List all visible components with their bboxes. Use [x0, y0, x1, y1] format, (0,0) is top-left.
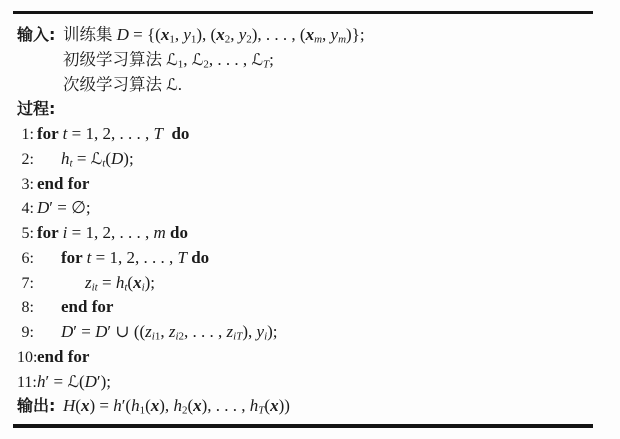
- math-segment: ℒ: [91, 149, 103, 168]
- math-segment: m: [338, 34, 346, 46]
- math-segment: ℒ: [166, 50, 178, 69]
- step-number: 5:: [17, 222, 34, 247]
- top-rule: [13, 11, 593, 14]
- math-segment: = 1, 2, . . . ,: [67, 223, 153, 242]
- math-segment: )): [279, 396, 290, 415]
- step-statement: D′ = ∅;: [37, 196, 91, 221]
- math-segment: z: [85, 273, 92, 292]
- step-statement: for t = 1, 2, . . . , T do: [37, 246, 209, 271]
- math-segment: h: [250, 396, 259, 415]
- math-segment: iT: [233, 331, 242, 343]
- math-segment: x: [193, 396, 202, 415]
- math-segment: y: [331, 25, 339, 44]
- math-segment: ;: [269, 50, 274, 69]
- algorithm-step: 5:for i = 1, 2, . . . , m do: [17, 221, 605, 246]
- output-label: 输出:: [17, 394, 63, 419]
- input-expression-meta-learner: 次级学习算法 ℒ.: [63, 73, 182, 98]
- math-segment: for: [61, 248, 87, 267]
- step-statement: end for: [37, 295, 113, 320]
- input-label: 输入:: [17, 23, 63, 48]
- math-segment: ′ ∪ ((: [107, 322, 145, 341]
- step-number: 8:: [17, 296, 34, 321]
- step-statement: end for: [37, 172, 89, 197]
- math-segment: )};: [346, 25, 365, 44]
- math-segment: ℒ: [251, 50, 263, 69]
- math-segment: , . . . ,: [184, 322, 227, 341]
- math-segment: = {(: [129, 25, 161, 44]
- math-segment: do: [191, 248, 209, 267]
- math-segment: x: [151, 396, 160, 415]
- math-segment: D: [95, 322, 107, 341]
- math-segment: 次级学习算法: [63, 75, 166, 94]
- math-segment: =: [98, 273, 116, 292]
- math-segment: D: [61, 322, 73, 341]
- math-segment: y: [257, 322, 265, 341]
- math-segment: h: [173, 396, 182, 415]
- math-segment: for: [37, 124, 63, 143]
- step-statement: end for: [37, 345, 89, 370]
- math-segment: x: [216, 25, 225, 44]
- math-segment: h: [131, 396, 140, 415]
- math-segment: ) =: [89, 396, 113, 415]
- math-segment: D: [117, 25, 129, 44]
- algorithm-step: 6:for t = 1, 2, . . . , T do: [17, 246, 605, 271]
- math-segment: ),: [242, 322, 256, 341]
- math-segment: y: [183, 25, 191, 44]
- math-segment: ), . . . ,: [202, 396, 250, 415]
- math-segment: .: [178, 75, 182, 94]
- math-segment: ,: [160, 322, 169, 341]
- output-expression: H(x) = h′(h1(x), h2(x), . . . , hT(x)): [63, 394, 290, 423]
- step-number: 9:: [17, 321, 34, 346]
- step-number: 1:: [17, 123, 34, 148]
- math-segment: for: [37, 223, 63, 242]
- math-segment: x: [133, 273, 142, 292]
- step-number: 10:: [17, 346, 34, 371]
- output-line: 输出: H(x) = h′(h1(x), h2(x), . . . , hT(x…: [17, 394, 605, 419]
- math-segment: ,: [183, 50, 192, 69]
- step-number: 3:: [17, 173, 34, 198]
- step-number: 4:: [17, 197, 34, 222]
- math-segment: 初级学习算法: [63, 50, 166, 69]
- math-segment: ,: [230, 25, 239, 44]
- step-statement: for i = 1, 2, . . . , m do: [37, 221, 188, 246]
- math-segment: ), . . . , (: [252, 25, 306, 44]
- math-segment: ℒ: [67, 372, 79, 391]
- math-segment: = 1, 2, . . . ,: [67, 124, 153, 143]
- math-segment: 训练集: [63, 25, 117, 44]
- math-segment: D: [111, 149, 123, 168]
- math-segment: m: [314, 34, 322, 46]
- math-segment: end for: [61, 297, 113, 316]
- math-segment: ′);: [97, 372, 111, 391]
- input-line: 输入: 训练集 D = {(x1, y1), (x2, y2), . . . ,…: [17, 23, 605, 48]
- math-segment: ′(: [122, 396, 131, 415]
- algorithm-box: 输入: 训练集 D = {(x1, y1), (x2, y2), . . . ,…: [0, 0, 620, 439]
- algorithm-step: 1:for t = 1, 2, . . . , T do: [17, 122, 605, 147]
- math-segment: h: [113, 396, 122, 415]
- math-segment: z: [145, 322, 152, 341]
- math-segment: ′ = ∅;: [49, 198, 90, 217]
- math-segment: ℒ: [166, 75, 178, 94]
- math-segment: D: [85, 372, 97, 391]
- math-segment: end for: [37, 174, 89, 193]
- algorithm-step: 9:D′ = D′ ∪ ((zi1, zi2, . . . , ziT), yi…: [17, 320, 605, 345]
- math-segment: T: [153, 124, 162, 143]
- math-segment: );: [145, 273, 155, 292]
- math-segment: m: [153, 223, 165, 242]
- step-number: 11:: [17, 371, 34, 396]
- step-number: 6:: [17, 247, 34, 272]
- algorithm-step: 11:h′ = ℒ(D′);: [17, 370, 605, 395]
- math-segment: = 1, 2, . . . ,: [91, 248, 177, 267]
- math-segment: end for: [37, 347, 89, 366]
- math-segment: ,: [322, 25, 331, 44]
- math-segment: h: [37, 372, 46, 391]
- math-segment: ), (: [196, 25, 216, 44]
- process-line: 过程:: [17, 97, 605, 122]
- math-segment: do: [170, 223, 188, 242]
- algorithm-content: 输入: 训练集 D = {(x1, y1), (x2, y2), . . . ,…: [17, 23, 605, 419]
- math-segment: T: [177, 248, 186, 267]
- math-segment: h: [61, 149, 70, 168]
- math-segment: x: [270, 396, 279, 415]
- step-number: 7:: [17, 272, 34, 297]
- algorithm-step: 4:D′ = ∅;: [17, 196, 605, 221]
- step-statement: h′ = ℒ(D′);: [37, 370, 111, 395]
- math-segment: ),: [159, 396, 173, 415]
- math-segment: do: [171, 124, 189, 143]
- bottom-rule: [13, 424, 593, 428]
- math-segment: , . . . ,: [209, 50, 252, 69]
- math-segment: ′ =: [73, 322, 95, 341]
- algorithm-step: 7:zit = ht(xi);: [17, 271, 605, 296]
- math-segment: x: [306, 25, 315, 44]
- math-segment: D: [37, 198, 49, 217]
- step-number: 2:: [17, 148, 34, 173]
- math-segment: );: [267, 322, 277, 341]
- step-statement: for t = 1, 2, . . . , T do: [37, 122, 189, 147]
- algorithm-step: 8:end for: [17, 295, 605, 320]
- algorithm-step: 2:ht = ℒt(D);: [17, 147, 605, 172]
- math-segment: ℒ: [192, 50, 204, 69]
- math-segment: H: [63, 396, 75, 415]
- input-line: 次级学习算法 ℒ.: [17, 73, 605, 98]
- steps-list: 1:for t = 1, 2, . . . , T do2:ht = ℒt(D)…: [17, 122, 605, 394]
- math-segment: );: [123, 149, 133, 168]
- process-label: 过程:: [17, 97, 55, 122]
- math-segment: =: [73, 149, 91, 168]
- math-segment: ′ =: [46, 372, 68, 391]
